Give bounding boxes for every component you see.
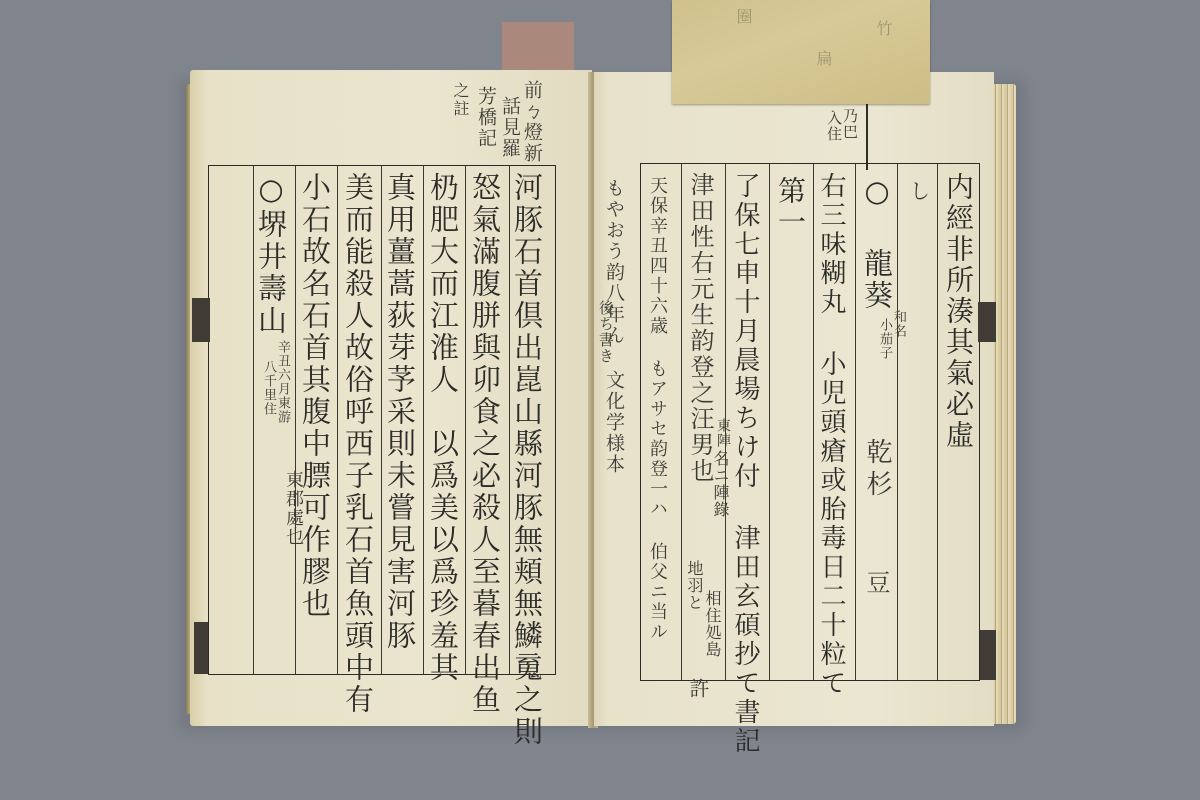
text-column-heading: 内經非所湊其氣必虛 xyxy=(944,172,972,451)
slip-faint-text: 圈 xyxy=(732,8,755,28)
text-column: 㭁肥大而江淮人𠋧以爲美以爲珍羞其 xyxy=(428,172,457,684)
small-note: 地羽と xyxy=(686,560,702,611)
text-column: ○堺井壽山 xyxy=(256,172,285,337)
text-column: し xyxy=(908,180,929,203)
small-note: 名ニ陣錄 xyxy=(712,450,728,518)
column-rule xyxy=(937,164,938,680)
text-char: 豆 xyxy=(864,570,888,596)
small-note: 東陣 xyxy=(716,418,730,448)
gloss-line: 前ㄅ燈新 xyxy=(522,80,541,164)
fold-mark xyxy=(980,630,996,680)
top-note: 入住 xyxy=(826,110,841,142)
column-rule xyxy=(465,166,466,674)
fold-mark xyxy=(978,302,996,342)
small-note: 八千里住 xyxy=(262,360,275,416)
small-note: 和名 xyxy=(892,310,905,338)
gloss-line: 芳橋記 xyxy=(476,86,495,149)
right-page-stack-edge xyxy=(992,84,1016,724)
text-column: 美而能殺人故俗呼西子乳石首魚頭中有 xyxy=(343,172,372,716)
text-column: ○ 龍葵 xyxy=(862,174,891,312)
text-column: 天保辛丑四十六歳 もアサセ韵登一ハ 伯父ニ当ル xyxy=(648,176,666,642)
top-note: 乃巴 xyxy=(842,108,857,140)
marginal-note: 後ち書き xyxy=(598,300,613,364)
red-seal-stamp xyxy=(502,22,574,70)
column-rule xyxy=(381,166,382,674)
column-rule xyxy=(769,164,770,680)
column-rule xyxy=(423,166,424,674)
gloss-line: 之註 xyxy=(452,82,468,118)
text-column: 真用薑蒿荻芽芧采則未嘗見害河豚 xyxy=(385,172,414,652)
slip-faint-text: 扁 xyxy=(812,50,835,70)
text-column: 津田性右元生韵登之汪男也 xyxy=(688,172,712,484)
text-column: 第一 xyxy=(776,176,804,238)
small-note: 小茄子 xyxy=(878,318,891,360)
text-column: 右三味糊丸 小児頭瘡或胎毒日二十粒て xyxy=(818,172,844,698)
column-rule xyxy=(295,166,296,674)
text-chars: 乾 xyxy=(864,438,890,466)
small-note: 辛丑六月東游 xyxy=(276,340,289,424)
small-note: 許 xyxy=(688,678,708,700)
column-rule xyxy=(897,164,898,680)
fold-mark xyxy=(194,622,208,674)
text-column: 小石故名石首其腹中膘可作膠也 xyxy=(300,172,329,620)
text-column: 河豚石首倶出崑山縣河豚無頬無鱗䰟之則 xyxy=(512,172,541,748)
text-chars: 杉 xyxy=(864,470,890,498)
column-rule xyxy=(813,164,814,680)
small-note: 相住処島 xyxy=(704,590,720,658)
column-rule xyxy=(855,164,856,680)
small-note: 東郡處也 xyxy=(284,470,302,546)
ink-connector-line xyxy=(866,104,868,170)
column-rule xyxy=(337,166,338,674)
text-column: 怒氣滿腹胼與卯食之必殺人至暮春出鱼 xyxy=(470,172,499,716)
pasted-paper-slip: 圈 扁 竹 xyxy=(672,0,930,104)
fold-mark xyxy=(192,298,210,342)
text-column: 了保七申十月晨場ちけ付 津田玄碩抄て書記 xyxy=(732,172,758,756)
column-rule xyxy=(681,164,682,680)
gloss-line: 話見羅 xyxy=(500,96,519,159)
slip-faint-text: 竹 xyxy=(872,20,895,40)
